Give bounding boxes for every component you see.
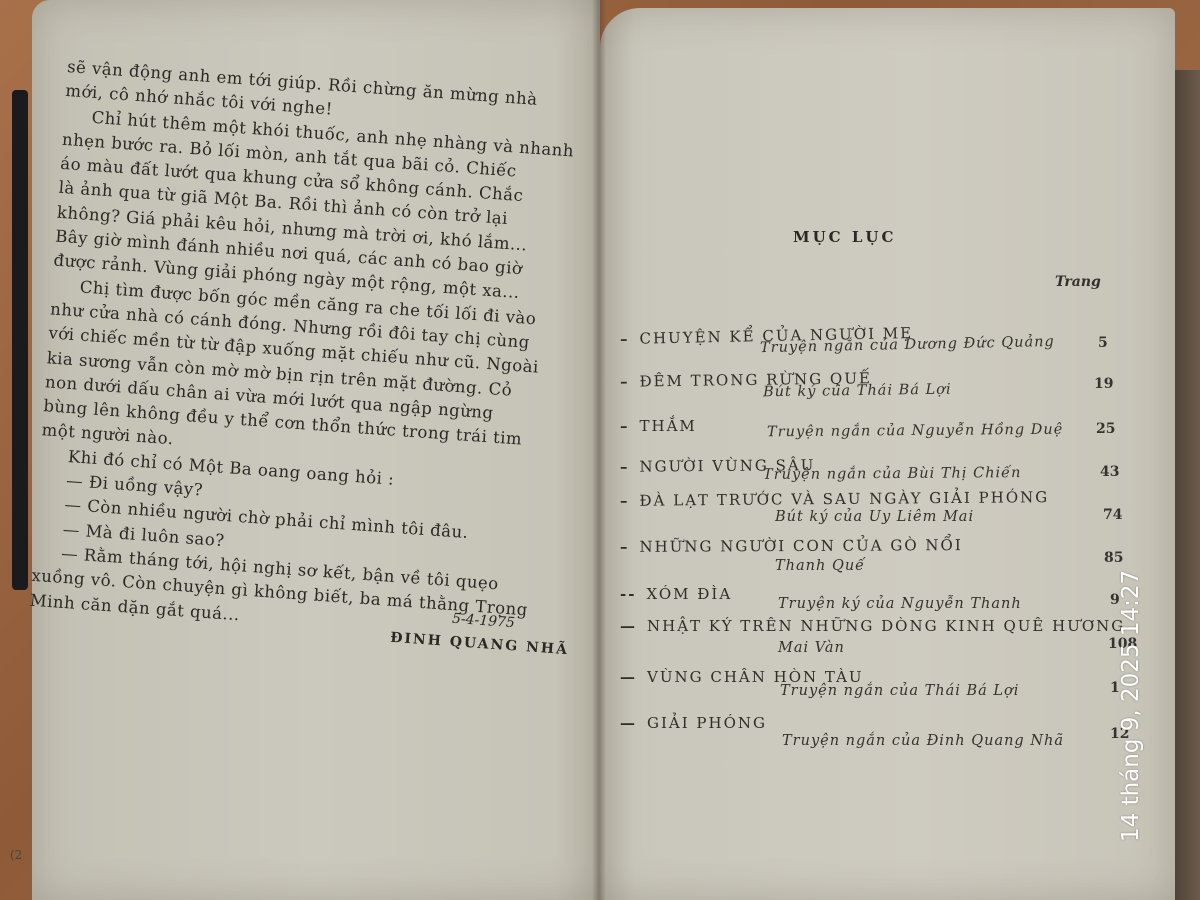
toc-entry-author: Truyện ký của Nguyễn Thanh: [778, 596, 1022, 612]
toc-entry-title: –ĐÀ LẠT TRƯỚC VÀ SAU NGÀY GIẢI PHÓNG: [620, 488, 1049, 510]
toc-entry-page: 19: [1094, 376, 1113, 392]
entry-title-text: ĐÀ LẠT TRƯỚC VÀ SAU NGÀY GIẢI PHÓNG: [639, 488, 1049, 510]
toc-entry-page: 43: [1100, 464, 1119, 480]
toc-entry-author: Thanh Quế: [775, 558, 865, 574]
toc-entry-page: 25: [1096, 421, 1115, 437]
entry-title-text: XÓM ĐÌA: [646, 585, 732, 603]
toc-entry-title: --XÓM ĐÌA: [620, 585, 732, 603]
entry-dash: —: [620, 668, 637, 686]
entry-dash: –: [620, 458, 630, 476]
toc-entry-author: Bút ký của Uy Liêm Mai: [775, 509, 974, 525]
toc-entry-author: Truyện ngắn của Đinh Quang Nhã: [782, 733, 1064, 749]
toc-entry-title: —GIẢI PHÓNG: [620, 714, 767, 732]
toc-entry-author: Mai Vàn: [778, 640, 845, 656]
toc-entry-title: –NHỮNG NGƯỜI CON CỦA GÒ NỔI: [620, 536, 963, 556]
entry-dash: —: [620, 617, 637, 635]
table-of-contents: –CHUYỆN KỂ CỦA NGƯỜI MẸ Truyện ngắn của …: [0, 0, 1200, 900]
entry-dash: –: [620, 373, 630, 391]
toc-entry-title: –THẮM: [620, 417, 697, 435]
entry-dash: --: [620, 585, 636, 603]
toc-entry-page: 5: [1098, 335, 1108, 351]
entry-title-text: THẮM: [640, 417, 697, 435]
entry-title-text: NHỮNG NGƯỜI CON CỦA GÒ NỔI: [639, 536, 962, 556]
toc-entry-page: 74: [1103, 507, 1122, 523]
toc-entry-author: Truyện ngắn của Thái Bá Lợi: [780, 683, 1019, 699]
entry-dash: —: [620, 714, 637, 732]
photo-timestamp-overlay: 14 tháng 9, 2025 14:27: [1118, 570, 1144, 842]
toc-entry-title: —NHẬT KÝ TRÊN NHỮNG DÒNG KINH QUÊ HƯƠNG: [620, 617, 1125, 635]
entry-dash: –: [620, 492, 630, 510]
entry-dash: –: [620, 538, 630, 556]
entry-title-text: NHẬT KÝ TRÊN NHỮNG DÒNG KINH QUÊ HƯƠNG: [647, 617, 1125, 635]
toc-entry-author: Truyện ngắn của Bùi Thị Chiến: [763, 465, 1022, 483]
entry-title-text: GIẢI PHÓNG: [647, 714, 767, 732]
toc-entry-author: Truyện ngắn của Nguyễn Hồng Duệ: [767, 422, 1063, 441]
toc-entry-page: 85: [1104, 550, 1123, 566]
entry-dash: –: [620, 417, 630, 435]
entry-dash: –: [620, 330, 630, 348]
toc-entry-author: Bút ký của Thái Bá Lợi: [763, 382, 952, 401]
